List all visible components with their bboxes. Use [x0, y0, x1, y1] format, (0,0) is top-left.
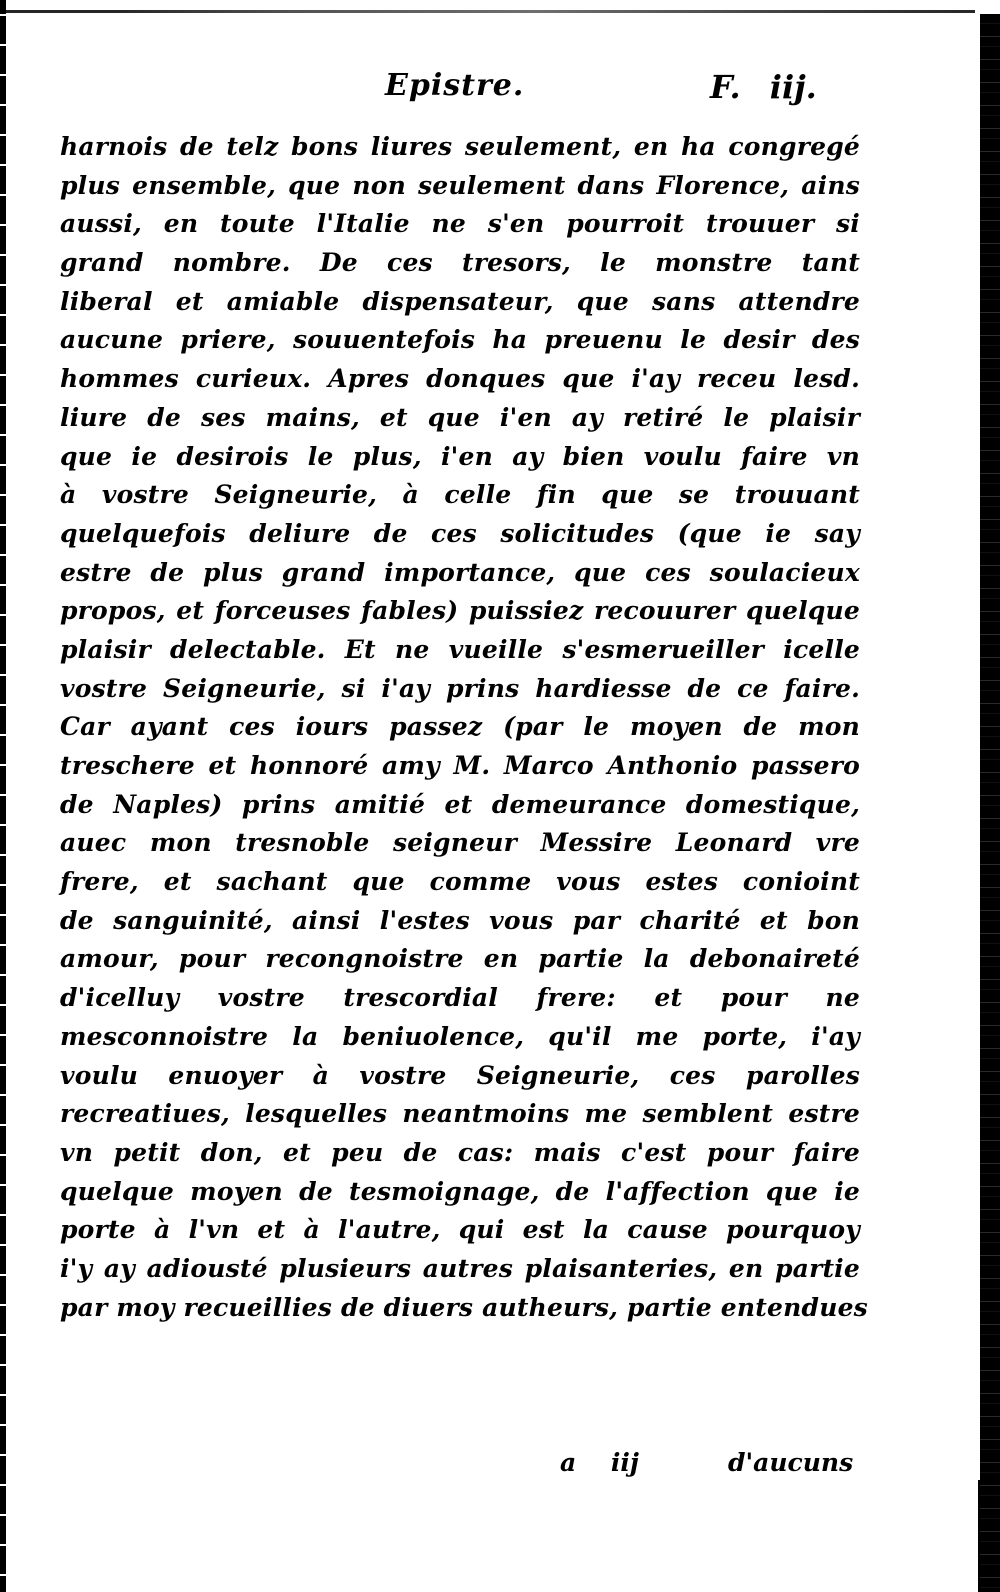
text-line: estre de plus grand importance, que ces …: [60, 554, 860, 593]
scan-left-edge: [0, 0, 6, 1592]
text-line: liberal et amiable dispensateur, que san…: [60, 283, 860, 322]
signature-line: a iij d'aucuns: [560, 1448, 860, 1486]
text-line: aucune priere, souuentefois ha preuenu l…: [60, 321, 860, 360]
text-line: Car ayant ces iours passez (par le moyen…: [60, 708, 860, 747]
running-head: Epistre. F. iij.: [0, 68, 1000, 108]
document-page: Epistre. F. iij. harnois de telz bons li…: [0, 0, 1000, 1592]
signature-mark: a iij: [560, 1448, 639, 1477]
text-line: à vostre Seigneurie, à celle fin que se …: [60, 476, 860, 515]
text-line: que ie desirois le plus, i'en ay bien vo…: [60, 438, 860, 477]
folio-number: F. iij.: [710, 68, 817, 106]
text-line: frere, et sachant que comme vous estes c…: [60, 863, 860, 902]
running-title: Epistre.: [385, 68, 524, 103]
catchword: d'aucuns: [728, 1448, 853, 1477]
text-line: d'icelluy vostre trescordial frere: et p…: [60, 979, 860, 1018]
text-line: vn petit don, et peu de cas: mais c'est …: [60, 1134, 860, 1173]
text-line: grand nombre. De ces tresors, le monstre…: [60, 244, 860, 283]
text-line: i'y ay adiousté plusieurs autres plaisan…: [60, 1250, 860, 1289]
text-line: liure de ses mains, et que i'en ay retir…: [60, 399, 860, 438]
scan-right-inner-rule: [978, 1480, 980, 1592]
text-line: amour, pour recongnoistre en partie la d…: [60, 940, 860, 979]
text-line: harnois de telz bons liures seulement, e…: [60, 128, 860, 167]
text-line: aussi, en toute l'Italie ne s'en pourroi…: [60, 205, 860, 244]
text-line: auec mon tresnoble seigneur Messire Leon…: [60, 824, 860, 863]
text-line: plus ensemble, que non seulement dans Fl…: [60, 167, 860, 206]
text-line: hommes curieux. Apres donques que i'ay r…: [60, 360, 860, 399]
text-line: treschere et honnoré amy M. Marco Anthon…: [60, 747, 860, 786]
text-line: plaisir delectable. Et ne vueille s'esme…: [60, 631, 860, 670]
scan-right-edge: [980, 14, 1000, 1592]
text-line: recreatiues, lesquelles neantmoins me se…: [60, 1095, 860, 1134]
text-line: porte à l'vn et à l'autre, qui est la ca…: [60, 1211, 860, 1250]
text-line: quelquefois deliure de ces solicitudes (…: [60, 515, 860, 554]
scan-top-rule: [0, 10, 975, 13]
text-line: vostre Seigneurie, si i'ay prins hardies…: [60, 670, 860, 709]
text-line: de sanguinité, ainsi l'estes vous par ch…: [60, 902, 860, 941]
text-line: voulu enuoyer à vostre Seigneurie, ces p…: [60, 1057, 860, 1096]
text-line: mesconnoistre la beniuolence, qu'il me p…: [60, 1018, 860, 1057]
text-line: quelque moyen de tesmoignage, de l'affec…: [60, 1173, 860, 1212]
text-line: de Naples) prins amitié et demeurance do…: [60, 786, 860, 825]
body-text: harnois de telz bons liures seulement, e…: [60, 128, 860, 1327]
text-line: propos, et forceuses fables) puissiez re…: [60, 592, 860, 631]
text-line: par moy recueillies de diuers autheurs, …: [60, 1289, 860, 1328]
